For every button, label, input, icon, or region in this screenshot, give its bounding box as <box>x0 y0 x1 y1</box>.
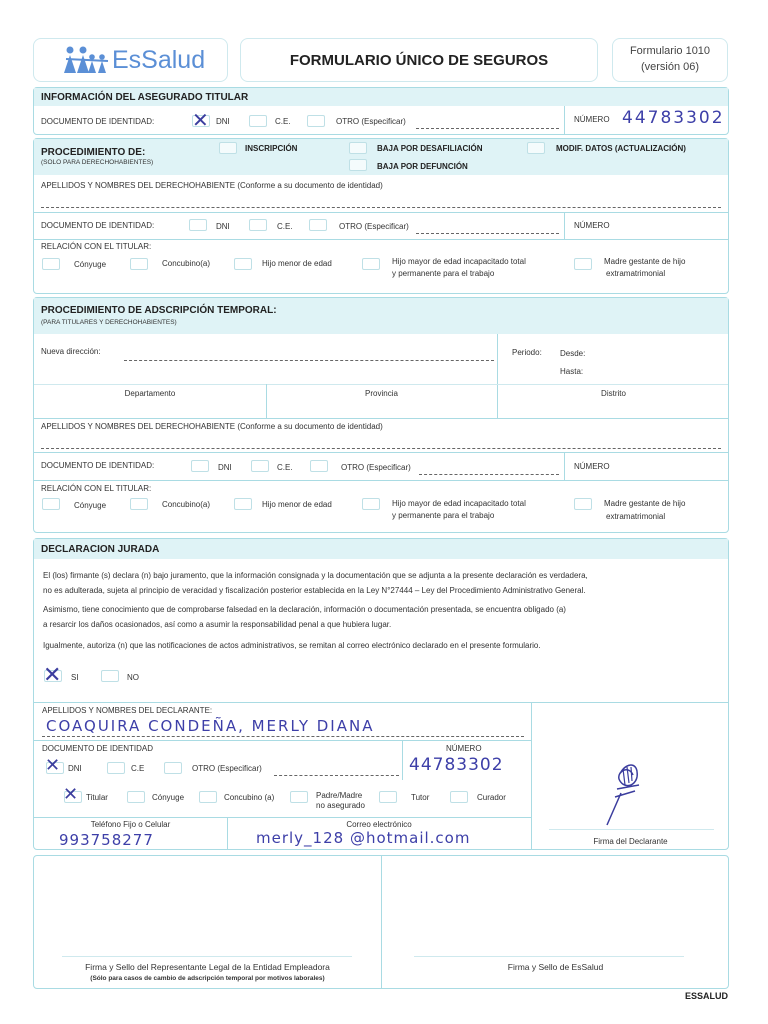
adscripcion-ce-checkbox[interactable] <box>251 460 269 472</box>
nueva-direccion-line-1[interactable] <box>124 360 494 361</box>
form-code: Formulario 1010 <box>613 45 727 57</box>
conyuge-role-label: Cónyuge <box>152 793 184 802</box>
baja-desafiliacion-label: BAJA POR DESAFILIACIÓN <box>377 144 483 153</box>
logo-box: EsSalud <box>33 38 228 82</box>
adscripcion-section: PROCEDIMIENTO DE ADSCRIPCIÓN TEMPORAL: (… <box>33 297 729 533</box>
baja-defuncion-label: BAJA POR DEFUNCIÓN <box>377 162 468 171</box>
hijo-mayor-label-2: y permanente para el trabajo <box>392 269 494 278</box>
declarante-name-value[interactable]: COAQUIRA CONDEÑA, MERLY DIANA <box>46 717 374 735</box>
derecho-otro-label: OTRO (Especificar) <box>339 222 409 231</box>
adscripcion-hijo-mayor-label: Hijo mayor de edad incapacitado total <box>392 499 526 508</box>
modif-datos-checkbox[interactable] <box>527 142 545 154</box>
adscripcion-hijo-menor-label: Hijo menor de edad <box>262 500 332 509</box>
inscripcion-checkbox[interactable] <box>219 142 237 154</box>
adscripcion-relacion-label: RELACIÓN CON EL TITULAR: <box>41 484 151 493</box>
declaracion-p1-line2: no es adulterada, sujeta al principio de… <box>43 584 586 598</box>
declarante-numero-label: NÚMERO <box>446 744 482 753</box>
baja-desafiliacion-checkbox[interactable] <box>349 142 367 154</box>
essalud-family-icon <box>62 45 112 75</box>
logo-text: EsSalud <box>112 46 205 75</box>
form-code-box: Formulario 1010 (versión 06) <box>612 38 728 82</box>
declaracion-p2-line1: Asimismo, tiene conocimiento que de comp… <box>43 603 566 617</box>
madre-gestante-checkbox[interactable] <box>574 258 592 270</box>
adscripcion-title: PROCEDIMIENTO DE ADSCRIPCIÓN TEMPORAL: <box>41 305 277 316</box>
adscripcion-hijo-menor-checkbox[interactable] <box>234 498 252 510</box>
concubino-role-label: Concubino (a) <box>224 793 274 802</box>
adscripcion-otro-checkbox[interactable] <box>310 460 328 472</box>
firma-empleadora-note: (Sólo para casos de cambio de adscripció… <box>34 975 381 982</box>
titular-dni-label: DNI <box>216 117 230 126</box>
titular-numero-value[interactable]: 44783302 <box>622 108 725 128</box>
telefono-label: Teléfono Fijo o Celular <box>34 820 227 829</box>
nueva-direccion-label: Nueva dirección: <box>41 347 101 356</box>
adscripcion-dni-label: DNI <box>218 463 232 472</box>
correo-label: Correo electrónico <box>227 820 531 829</box>
derecho-doc-label: DOCUMENTO DE IDENTIDAD: <box>41 221 154 230</box>
padre-madre-role-label: Padre/Madre <box>316 791 362 800</box>
adscripcion-doc-label: DOCUMENTO DE IDENTIDAD: <box>41 461 154 470</box>
titular-numero-label: NÚMERO <box>574 115 610 124</box>
adscripcion-names-line[interactable] <box>41 448 721 449</box>
declaracion-section: DECLARACION JURADA El (los) firmante (s)… <box>33 538 729 850</box>
hijo-menor-label: Hijo menor de edad <box>262 259 332 268</box>
declarante-dni-label: DNI <box>68 764 82 773</box>
adscripcion-concubino-checkbox[interactable] <box>130 498 148 510</box>
madre-gestante-label-2: extramatrimonial <box>606 269 665 278</box>
declarante-label: APELLIDOS Y NOMBRES DEL DECLARANTE: <box>42 706 212 715</box>
x-mark-icon: ✕ <box>43 665 61 687</box>
derecho-numero-label: NÚMERO <box>574 221 610 230</box>
distrito-label: Distrito <box>497 389 730 398</box>
title-box: FORMULARIO ÚNICO DE SEGUROS <box>240 38 598 82</box>
declarante-ce-checkbox[interactable] <box>107 762 125 774</box>
x-mark-icon: ✕ <box>192 110 209 130</box>
adscripcion-conyuge-label: Cónyuge <box>74 501 106 510</box>
provincia-label: Provincia <box>266 389 497 398</box>
declaracion-title: DECLARACION JURADA <box>41 544 159 555</box>
titular-ce-checkbox[interactable] <box>249 115 267 127</box>
curador-role-checkbox[interactable] <box>450 791 468 803</box>
procedimiento-subtitle: (SOLO PARA DERECHOHABIENTES) <box>41 159 153 166</box>
adscripcion-otro-label: OTRO (Especificar) <box>341 463 411 472</box>
periodo-label: Periodo: <box>512 348 542 357</box>
titular-otro-line <box>416 128 559 129</box>
derecho-otro-checkbox[interactable] <box>309 219 327 231</box>
tutor-role-label: Tutor <box>411 793 429 802</box>
firma-essalud-label: Firma y Sello de EsSalud <box>381 962 730 972</box>
titular-otro-checkbox[interactable] <box>307 115 325 127</box>
titular-role-label: Titular <box>86 793 108 802</box>
procedimiento-title: PROCEDIMIENTO DE: <box>41 147 145 158</box>
hasta-label: Hasta: <box>560 367 583 376</box>
conyuge-label: Cónyuge <box>74 260 106 269</box>
declaracion-p2-line2: a resarcir los daños ocasionados, así co… <box>43 618 391 632</box>
no-checkbox[interactable] <box>101 670 119 682</box>
baja-defuncion-checkbox[interactable] <box>349 159 367 171</box>
padre-madre-role-checkbox[interactable] <box>290 791 308 803</box>
derecho-dni-label: DNI <box>216 222 230 231</box>
adscripcion-names-label: APELLIDOS Y NOMBRES DEL DERECHOHABIENTE … <box>41 422 383 431</box>
tutor-role-checkbox[interactable] <box>379 791 397 803</box>
titular-ce-label: C.E. <box>275 117 291 126</box>
adscripcion-concubino-label: Concubino(a) <box>162 500 210 509</box>
declarante-doc-label: DOCUMENTO DE IDENTIDAD <box>42 744 153 753</box>
no-label: NO <box>127 673 139 682</box>
firma-empleadora-label: Firma y Sello del Representante Legal de… <box>34 962 381 972</box>
x-mark-icon: ✕ <box>63 786 78 804</box>
form-version: (versión 06) <box>613 61 727 73</box>
correo-value[interactable]: merly_128 @hotmail.com <box>256 829 470 847</box>
derechohabiente-names-label: APELLIDOS Y NOMBRES DEL DERECHOHABIENTE … <box>41 181 383 190</box>
signature-icon <box>599 757 649 827</box>
derechohabiente-names-line[interactable] <box>41 207 721 208</box>
conyuge-checkbox[interactable] <box>42 258 60 270</box>
form-title: FORMULARIO ÚNICO DE SEGUROS <box>241 52 597 69</box>
conyuge-role-checkbox[interactable] <box>127 791 145 803</box>
desde-label: Desde: <box>560 349 585 358</box>
hijo-mayor-label: Hijo mayor de edad incapacitado total <box>392 257 526 266</box>
concubino-role-checkbox[interactable] <box>199 791 217 803</box>
titular-title: INFORMACIÓN DEL ASEGURADO TITULAR <box>41 92 248 103</box>
titular-otro-label: OTRO (Especificar) <box>336 117 406 126</box>
concubino-checkbox[interactable] <box>130 258 148 270</box>
concubino-label: Concubino(a) <box>162 259 210 268</box>
si-label: SI <box>71 673 79 682</box>
adscripcion-ce-label: C.E. <box>277 463 293 472</box>
adscripcion-dni-checkbox[interactable] <box>191 460 209 472</box>
relacion-label: RELACIÓN CON EL TITULAR: <box>41 242 151 251</box>
x-mark-icon: ✕ <box>45 757 60 775</box>
derecho-ce-label: C.E. <box>277 222 293 231</box>
hijo-mayor-checkbox[interactable] <box>362 258 380 270</box>
declaracion-p3: Igualmente, autoriza (n) que las notific… <box>43 639 541 653</box>
adscripcion-madre-label-2: extramatrimonial <box>606 512 665 521</box>
telefono-value[interactable]: 993758277 <box>59 831 154 849</box>
declarante-numero-value[interactable]: 44783302 <box>409 755 504 775</box>
curador-role-label: Curador <box>477 793 506 802</box>
declarante-ce-label: C.E <box>131 764 144 773</box>
hijo-menor-checkbox[interactable] <box>234 258 252 270</box>
adscripcion-numero-label: NÚMERO <box>574 462 610 471</box>
titular-section: INFORMACIÓN DEL ASEGURADO TITULAR DOCUME… <box>33 87 729 135</box>
declarante-otro-label: OTRO (Especificar) <box>192 764 262 773</box>
adscripcion-hijo-mayor-label-2: y permanente para el trabajo <box>392 511 494 520</box>
inscripcion-label: INSCRIPCIÓN <box>245 144 297 153</box>
firma-declarante-label: Firma del Declarante <box>531 837 730 846</box>
declarante-otro-checkbox[interactable] <box>164 762 182 774</box>
adscripcion-hijo-mayor-checkbox[interactable] <box>362 498 380 510</box>
adscripcion-conyuge-checkbox[interactable] <box>42 498 60 510</box>
departamento-label: Departamento <box>34 389 266 398</box>
madre-gestante-label: Madre gestante de hijo <box>604 257 685 266</box>
firmas-section: Firma y Sello del Representante Legal de… <box>33 855 729 989</box>
derecho-dni-checkbox[interactable] <box>189 219 207 231</box>
padre-madre-role-label-2: no asegurado <box>316 801 365 810</box>
modif-datos-label: MODIF. DATOS (ACTUALIZACIÓN) <box>556 144 686 153</box>
titular-doc-label: DOCUMENTO DE IDENTIDAD: <box>41 117 154 126</box>
adscripcion-subtitle: (PARA TITULARES Y DERECHOHABIENTES) <box>41 319 177 326</box>
procedimiento-section: PROCEDIMIENTO DE: (SOLO PARA DERECHOHABI… <box>33 138 729 294</box>
adscripcion-madre-checkbox[interactable] <box>574 498 592 510</box>
footer-brand: ESSALUD <box>685 991 728 1001</box>
declaracion-p1-line1: El (los) firmante (s) declara (n) bajo j… <box>43 569 588 583</box>
derecho-ce-checkbox[interactable] <box>249 219 267 231</box>
adscripcion-madre-label: Madre gestante de hijo <box>604 499 685 508</box>
